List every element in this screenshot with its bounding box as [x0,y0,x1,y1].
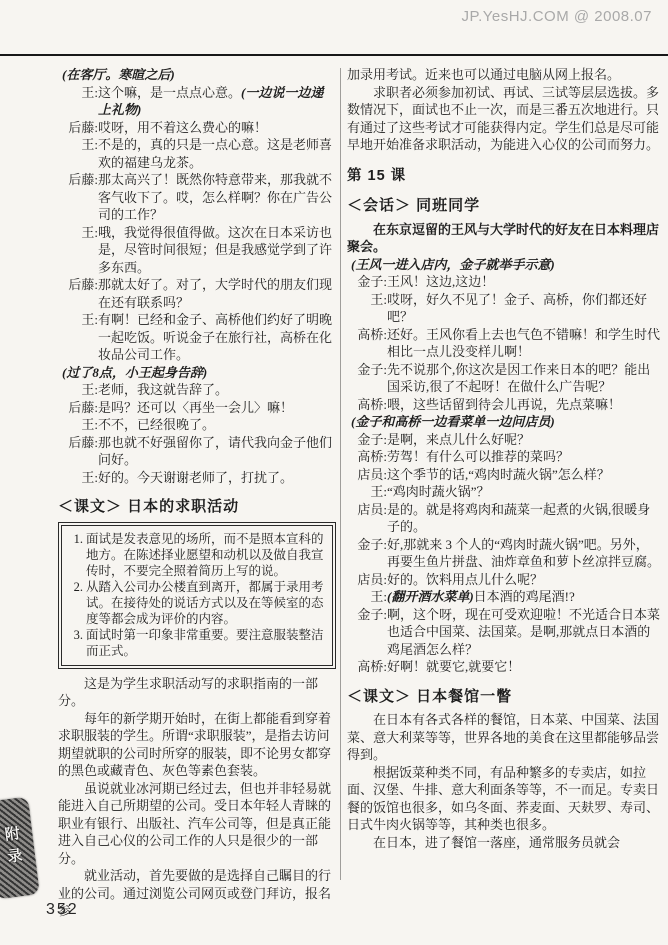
speaker-label: 高桥: [347,448,387,466]
speaker-label: 金子: [347,273,387,291]
dialogue-text: 老师，我这就告辞了。 [98,381,336,399]
paragraph: 在东京逗留的王风与大学时代的好友在日本料理店聚会。 [347,221,661,256]
dialogue-text: 那就太好了。对了，大学时代的朋友们现在还有联系吗？ [98,276,336,311]
speaker-label: 王: [58,469,98,487]
notice-box-inner: 1.面试是发表意见的场所，而不是照本宣科的地方。在陈述择业愿望和动机以及做自我宣… [61,525,333,666]
dialogue-line: 金子:是啊，来点儿什么好呢？ [347,431,661,449]
speaker-label: 王: [347,291,387,326]
speaker-label: 后藤: [58,434,98,469]
paragraph: 加录用考试。近来也可以通过电脑从网上报名。 [347,66,661,84]
dialogue-line: 后藤:哎呀，用不着这么费心的嘛！ [58,119,336,137]
paragraph: 这是为学生求职活动写的求职指南的一部分。 [58,675,336,710]
stage-direction: (过了8点，小王起身告辞) [62,364,336,382]
dialogue-line: 王:“鸡肉时蔬火锅”？ [347,483,661,501]
dialogue-line: 店员:这个季节的话,“鸡肉时蔬火锅”怎么样？ [347,466,661,484]
dialogue-text: (翻开酒水菜单)日本酒的鸡尾酒!? [387,588,661,606]
notice-item-text: 从踏入公司办公楼直到离开，都属于录用考试。在接待处的说话方式以及在等候室的态度等… [86,579,326,627]
dialogue-line: 金子:好,那就来 3 个人的“鸡肉时蔬火锅”吧。另外，再要生鱼片拼盘、油炸章鱼和… [347,536,661,571]
dialogue-text: 那太高兴了！既然你特意带来，那我就不客气收下了。哎，怎么样啊？你在广告公司的工作… [98,171,336,224]
dialogue-text-segment: 这个嘛，是一点点心意。 [98,85,241,100]
dialogue-line: 金子:啊，这个呀，现在可受欢迎啦！不光适合日本菜也适合中国菜、法国菜。是啊,那就… [347,606,661,659]
dialogue-text: 喂，这些话留到待会儿再说，先点菜嘛！ [387,396,661,414]
dialogue-text: 好啊！就要它,就要它！ [387,658,661,676]
dialogue-line: 后藤:那就太好了。对了，大学时代的朋友们现在还有联系吗？ [58,276,336,311]
paragraph: 每年的新学期开始时，在街上都能看到穿着求职服装的学生。所谓“求职服装”，是指去访… [58,710,336,780]
paragraph: 就业活动，首先要做的是选择自己瞩目的行业的公司。通过浏览公司网页或登门拜访，报名… [58,867,336,920]
stage-direction: (在客厅。寒暄之后) [62,66,336,84]
dialogue-line: 金子:先不说那个,你这次是因工作来日本的吧？能出国采访,很了不起呀！在做什么广告… [347,361,661,396]
dialogue-text: 不是的，真的只是一点心意。这是老师喜欢的福建乌龙茶。 [98,136,336,171]
speaker-label: 金子: [347,361,387,396]
dialogue-line: 高桥:喂，这些话留到待会儿再说，先点菜嘛！ [347,396,661,414]
notice-item: 1.面试是发表意见的场所，而不是照本宣科的地方。在陈述择业愿望和动机以及做自我宣… [66,531,326,579]
dialogue-line: 后藤:是吗？还可以〈再坐一会儿〉嘛！ [58,399,336,417]
dialogue-line: 王:不是的，真的只是一点心意。这是老师喜欢的福建乌龙茶。 [58,136,336,171]
stage-direction: (王风一进入店内，金子就举手示意) [351,256,661,274]
paragraph: 在日本，进了餐馆一落座，通常服务员就会 [347,834,661,852]
dialogue-text: 哎呀，用不着这么费心的嘛！ [98,119,336,137]
dialogue-line: 后藤:那也就不好强留你了，请代我向金子他们问好。 [58,434,336,469]
notice-item-number: 1. [66,531,83,579]
dialogue-text: 啊，这个呀，现在可受欢迎啦！不光适合日本菜也适合中国菜、法国菜。是啊,那就点日本… [387,606,661,659]
speaker-label: 高桥: [347,396,387,414]
dialogue-text: 哦，我觉得很值得做。这次在日本采访也是，尽管时间很短；但是我感觉学到了许多东西。 [98,224,336,277]
section-heading: ＜会话＞ 同班同学 [347,197,661,215]
paragraph: 根据饭菜种类不同，有品种繁多的专卖店，如拉面、汉堡、牛排、意大利面条等等，不一而… [347,764,661,834]
dialogue-line: 店员:好的。饮料用点儿什么呢？ [347,571,661,589]
dialogue-line: 高桥:好啊！就要它,就要它！ [347,658,661,676]
notice-item: 3.面试时第一印象非常重要。要注意服装整洁而正式。 [66,627,326,659]
dialogue-text: 先不说那个,你这次是因工作来日本的吧？能出国采访,很了不起呀！在做什么广告呢？ [387,361,661,396]
dialogue-line: 王:这个嘛，是一点点心意。(一边说一边递上礼物) [58,84,336,119]
section-heading: ＜课文＞ 日本餐馆一瞥 [347,688,661,706]
dialogue-line: 王:不不，已经很晚了。 [58,416,336,434]
appendix-side-tab: 附录 [0,797,40,900]
dialogue-text: 王风！这边,这边！ [387,273,661,291]
stage-direction: (金子和高桥一边看菜单一边问店员) [351,413,661,431]
dialogue-line: 高桥:还好。王风你看上去也气色不错嘛！和学生时代相比一点儿没变样儿啊！ [347,326,661,361]
speaker-label: 店员: [347,501,387,536]
speaker-label: 王: [58,416,98,434]
dialogue-line: 王:有啊！已经和金子、高桥他们约好了明晚一起吃饭。听说金子在旅行社，高桥在化妆品… [58,311,336,364]
dialogue-text: 这个季节的话,“鸡肉时蔬火锅”怎么样？ [387,466,661,484]
left-column: (在客厅。寒暄之后)王:这个嘛，是一点点心意。(一边说一边递上礼物)后藤:哎呀，… [58,66,336,920]
notice-item-number: 2. [66,579,83,627]
dialogue-text: 好,那就来 3 个人的“鸡肉时蔬火锅”吧。另外，再要生鱼片拼盘、油炸章鱼和萝卜丝… [387,536,661,571]
dialogue-text: 劳驾！有什么可以推荐的菜吗？ [387,448,661,466]
dialogue-text: 这个嘛，是一点点心意。(一边说一边递上礼物) [98,84,336,119]
dialogue-line: 王:老师，我这就告辞了。 [58,381,336,399]
notice-box: 1.面试是发表意见的场所，而不是照本宣科的地方。在陈述择业愿望和动机以及做自我宣… [58,522,336,669]
paragraph: 求职者必须参加初试、再试、三试等层层选拔。多数情况下，面试也不止一次，而是三番五… [347,84,661,154]
speaker-label: 高桥: [347,658,387,676]
dialogue-line: 店员:是的。就是将鸡肉和蔬菜一起煮的火锅,很暖身子的。 [347,501,661,536]
dialogue-line: 王:哎呀，好久不见了！金子、高桥，你们都还好吧？ [347,291,661,326]
section-heading: ＜课文＞ 日本的求职活动 [58,498,336,516]
dialogue-text: 不不，已经很晚了。 [98,416,336,434]
dialogue-text: 好的。今天谢谢老师了，打扰了。 [98,469,336,487]
notice-item-number: 3. [66,627,83,659]
dialogue-text: 好的。饮料用点儿什么呢？ [387,571,661,589]
paragraph: 虽说就业冰河期已经过去，但也并非轻易就能进入自己所期望的公司。受日本年轻人青睐的… [58,780,336,868]
dialogue-line: 王:哦，我觉得很值得做。这次在日本采访也是，尽管时间很短；但是我感觉学到了许多东… [58,224,336,277]
lesson-number: 第 15 课 [347,168,661,186]
speaker-label: 店员: [347,466,387,484]
dialogue-line: 金子:王风！这边,这边！ [347,273,661,291]
page-number: 352 [46,901,79,919]
speaker-label: 店员: [347,571,387,589]
notice-item: 2.从踏入公司办公楼直到离开，都属于录用考试。在接待处的说话方式以及在等候室的态… [66,579,326,627]
speaker-label: 后藤: [58,171,98,224]
dialogue-text: 是啊，来点儿什么好呢？ [387,431,661,449]
notice-item-text: 面试时第一印象非常重要。要注意服装整洁而正式。 [86,627,326,659]
header-rule [0,54,668,56]
paragraph: 在日本有各式各样的餐馆，日本菜、中国菜、法国菜、意大利菜等等，世界各地的美食在这… [347,711,661,764]
dialogue-line: 后藤:那太高兴了！既然你特意带来，那我就不客气收下了。哎，怎么样啊？你在广告公司… [58,171,336,224]
speaker-label: 后藤: [58,276,98,311]
speaker-label: 后藤: [58,119,98,137]
speaker-label: 金子: [347,606,387,659]
speaker-label: 王: [58,136,98,171]
watermark: JP.YesHJ.COM @ 2008.07 [462,8,653,25]
right-column: 加录用考试。近来也可以通过电脑从网上报名。求职者必须参加初试、再试、三试等层层选… [347,66,661,851]
dialogue-text: 还好。王风你看上去也气色不错嘛！和学生时代相比一点儿没变样儿啊！ [387,326,661,361]
speaker-label: 王: [347,588,387,606]
notice-item-text: 面试是发表意见的场所，而不是照本宣科的地方。在陈述择业愿望和动机以及做自我宣传时… [86,531,326,579]
speaker-label: 王: [58,224,98,277]
appendix-tab-label: 附录 [0,825,26,871]
stage-inline: (翻开酒水菜单) [387,589,474,604]
dialogue-text-segment: 日本酒的鸡尾酒!? [474,589,575,604]
dialogue-line: 王:好的。今天谢谢老师了，打扰了。 [58,469,336,487]
speaker-label: 高桥: [347,326,387,361]
column-divider [340,68,341,880]
dialogue-line: 高桥:劳驾！有什么可以推荐的菜吗？ [347,448,661,466]
dialogue-line: 王:(翻开酒水菜单)日本酒的鸡尾酒!? [347,588,661,606]
dialogue-text: “鸡肉时蔬火锅”？ [387,483,661,501]
speaker-label: 金子: [347,431,387,449]
speaker-label: 王: [347,483,387,501]
dialogue-text: 那也就不好强留你了，请代我向金子他们问好。 [98,434,336,469]
speaker-label: 王: [58,84,98,119]
speaker-label: 金子: [347,536,387,571]
speaker-label: 王: [58,311,98,364]
dialogue-text: 是的。就是将鸡肉和蔬菜一起煮的火锅,很暖身子的。 [387,501,661,536]
speaker-label: 后藤: [58,399,98,417]
dialogue-text: 是吗？还可以〈再坐一会儿〉嘛！ [98,399,336,417]
dialogue-text: 有啊！已经和金子、高桥他们约好了明晚一起吃饭。听说金子在旅行社，高桥在化妆品公司… [98,311,336,364]
dialogue-text: 哎呀，好久不见了！金子、高桥，你们都还好吧？ [387,291,661,326]
speaker-label: 王: [58,381,98,399]
